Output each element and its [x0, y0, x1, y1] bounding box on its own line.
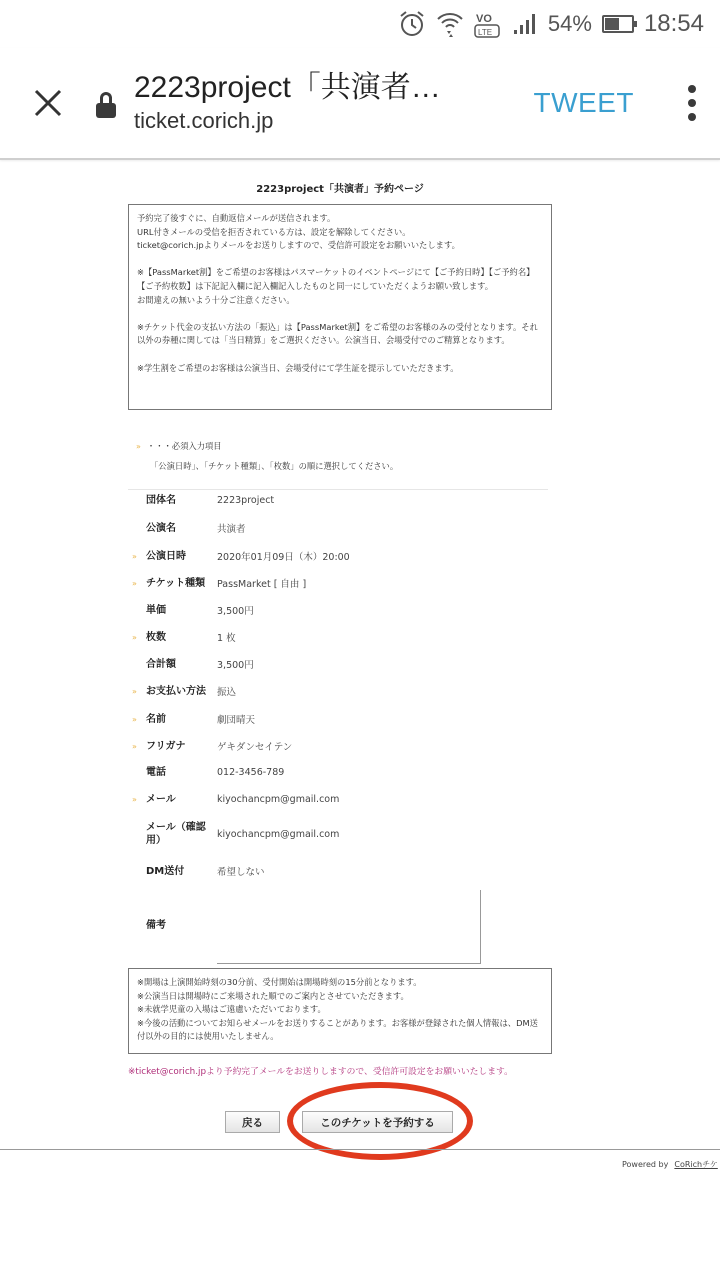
required-mark-icon: »	[128, 715, 146, 724]
battery-percent: 54%	[548, 11, 592, 37]
tweet-button[interactable]: TWEET	[534, 87, 635, 119]
wifi-icon	[436, 10, 464, 38]
battery-icon	[602, 15, 634, 33]
alarm-icon	[398, 10, 426, 38]
corich-link[interactable]: CoRichチケ	[674, 1160, 717, 1169]
field-row-dm: DM送付 希望しない	[128, 864, 552, 878]
field-row-email-confirm: メール（確認用） kiyochancpm@gmail.com	[128, 821, 552, 847]
required-mark-icon: »	[128, 742, 146, 751]
field-row-organization: 団体名 2223project	[128, 494, 552, 507]
page-url: ticket.corich.jp	[134, 106, 441, 136]
required-legend: »・・・必須入力項目	[136, 440, 222, 452]
field-row-performance-name: 公演名 共演者	[128, 521, 552, 535]
field-row-furigana: » フリガナ ゲキダンセイテン	[128, 739, 552, 753]
clock: 18:54	[644, 10, 704, 38]
signal-icon	[512, 12, 538, 36]
page-title: 2223project「共演者…	[134, 70, 441, 106]
more-vert-icon	[688, 85, 696, 93]
order-instruction: 「公演日時」、「チケット種類」、「枚数」の順に選択してください。	[150, 460, 398, 472]
more-menu-button[interactable]	[672, 73, 712, 133]
notice-box: 予約完了後すぐに、自動返信メールが送信されます。 URL付きメールの受信を拒否さ…	[128, 204, 552, 410]
status-bar: VOLTE 54% 18:54	[0, 0, 720, 48]
field-row-ticket-type: » チケット種類 PassMarket [ 自由 ]	[128, 576, 552, 590]
field-row-performance-datetime: » 公演日時 2020年01月09日（木）20:00	[128, 549, 552, 563]
svg-text:LTE: LTE	[478, 28, 492, 37]
remarks-textarea[interactable]	[217, 890, 481, 964]
notice-paragraph: ※チケット代金の支払い方法の「振込」は【PassMarket割】をご希望のお客様…	[137, 321, 543, 348]
field-row-email: » メール kiyochancpm@gmail.com	[128, 793, 552, 806]
notice-paragraph: ※学生割をご希望のお客様は公演当日、会場受付にて学生証を提示していただきます。	[137, 362, 543, 376]
required-mark-icon: »	[128, 633, 146, 642]
required-mark-icon: »	[128, 687, 146, 696]
custom-tab-toolbar: 2223project「共演者… ticket.corich.jp TWEET	[0, 48, 720, 160]
required-mark-icon: »	[128, 579, 146, 588]
notice-paragraph: 予約完了後すぐに、自動返信メールが送信されます。 URL付きメールの受信を拒否さ…	[137, 212, 543, 253]
field-row-name: » 名前 劇団晴天	[128, 712, 552, 726]
field-row-payment-method: » お支払い方法 振込	[128, 684, 552, 698]
field-row-quantity: » 枚数 1 枚	[128, 630, 552, 644]
field-row-phone: 電話 012-3456-789	[128, 766, 552, 779]
volte-icon: VOLTE	[474, 9, 502, 39]
mail-permission-note: ※ticket@corich.jpより予約完了メールをお送りしますので、受信許可…	[128, 1066, 552, 1080]
footer-divider	[0, 1149, 720, 1150]
svg-text:VO: VO	[476, 13, 492, 25]
reserve-ticket-button[interactable]: このチケットを予約する	[302, 1111, 453, 1133]
form-title: 2223project「共演者」予約ページ	[128, 180, 552, 195]
field-row-total: 合計額 3,500円	[128, 657, 552, 671]
required-mark-icon: »	[128, 795, 146, 804]
close-icon	[33, 88, 63, 118]
notice-paragraph: ※【PassMarket割】をご希望のお客様はパスマーケットのイベントページにて…	[137, 266, 543, 307]
back-button[interactable]: 戻る	[225, 1111, 280, 1133]
required-mark-icon: »	[128, 552, 146, 561]
close-button[interactable]	[0, 47, 96, 159]
powered-by: Powered byCoRichチケ	[622, 1159, 718, 1170]
divider	[128, 489, 548, 490]
lock-icon	[96, 92, 116, 118]
field-row-unit-price: 単価 3,500円	[128, 603, 552, 617]
required-mark-icon: »	[136, 442, 141, 451]
info-box: ※開場は上演開始時刻の30分前、受付開始は開場時刻の15分前となります。 ※公演…	[128, 968, 552, 1054]
title-block[interactable]: 2223project「共演者… ticket.corich.jp	[96, 70, 534, 136]
